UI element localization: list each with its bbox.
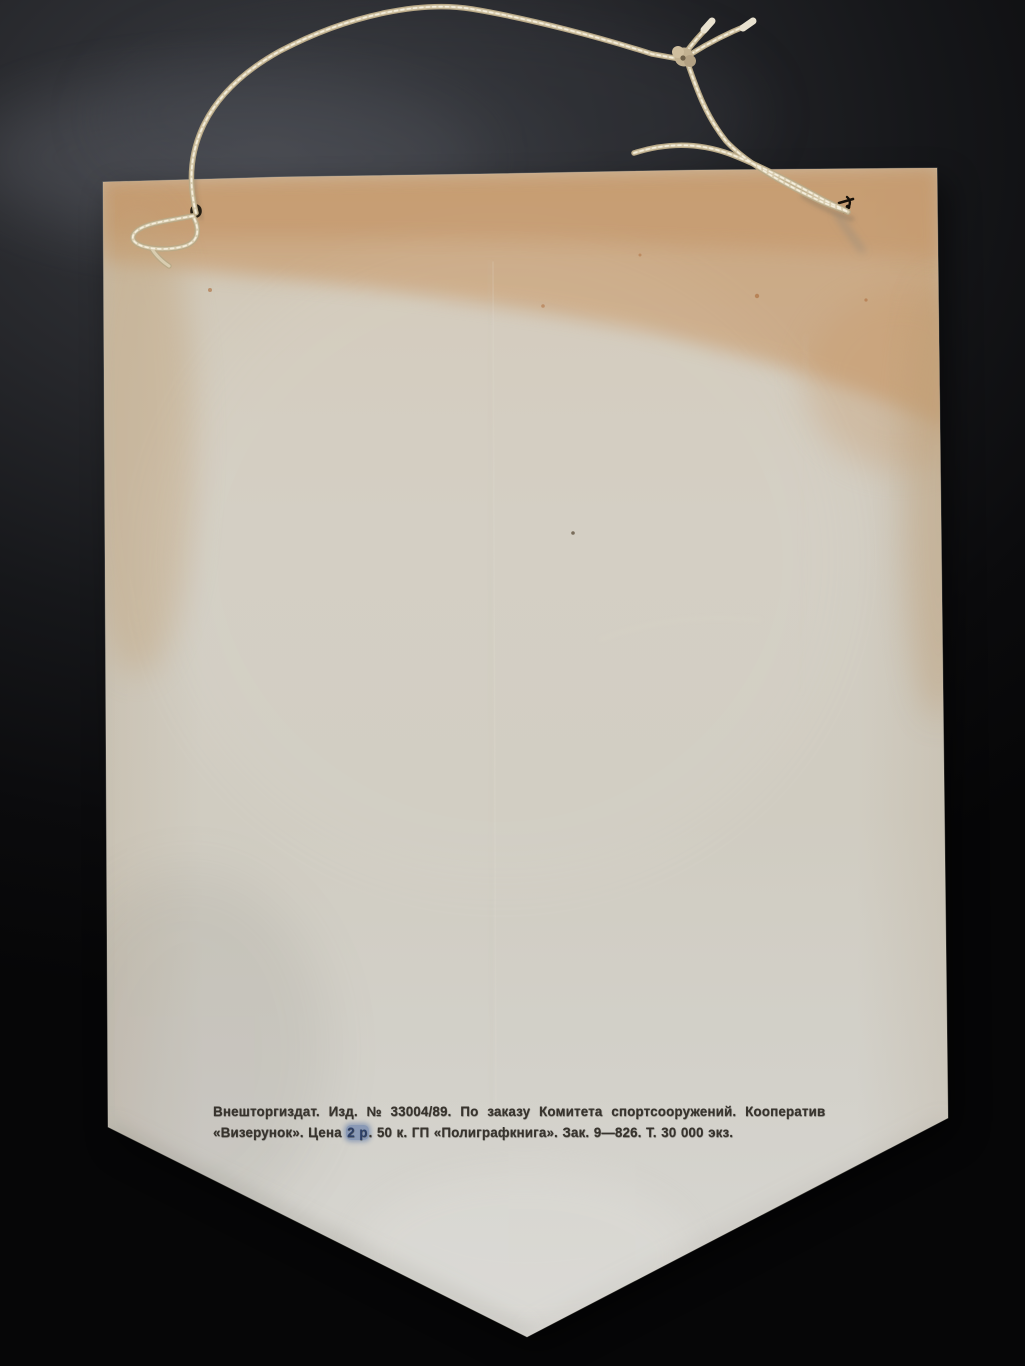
price-ink-mark: 2 р [346,1125,368,1140]
imprint-line-2-pre: «Визерунок». Цена [213,1125,346,1140]
imprint-line-1: Внешторгиздат. Изд. № 33004/89. По заказ… [213,1101,863,1122]
imprint-text-block: Внешторгиздат. Изд. № 33004/89. По заказ… [213,1101,863,1143]
imprint-line-2: «Визерунок». Цена 2 р. 50 к. ГП «Полигра… [213,1122,863,1143]
imprint-line-2-post: . 50 к. ГП «Полиграфкнига». Зак. 9—826. … [369,1125,734,1140]
pennant-back-photo: Внешторгиздат. Изд. № 33004/89. По заказ… [0,0,1025,1366]
pennant-scene [0,0,1025,1366]
paper-speck [571,531,575,535]
cord-frayed-tips [704,21,753,30]
